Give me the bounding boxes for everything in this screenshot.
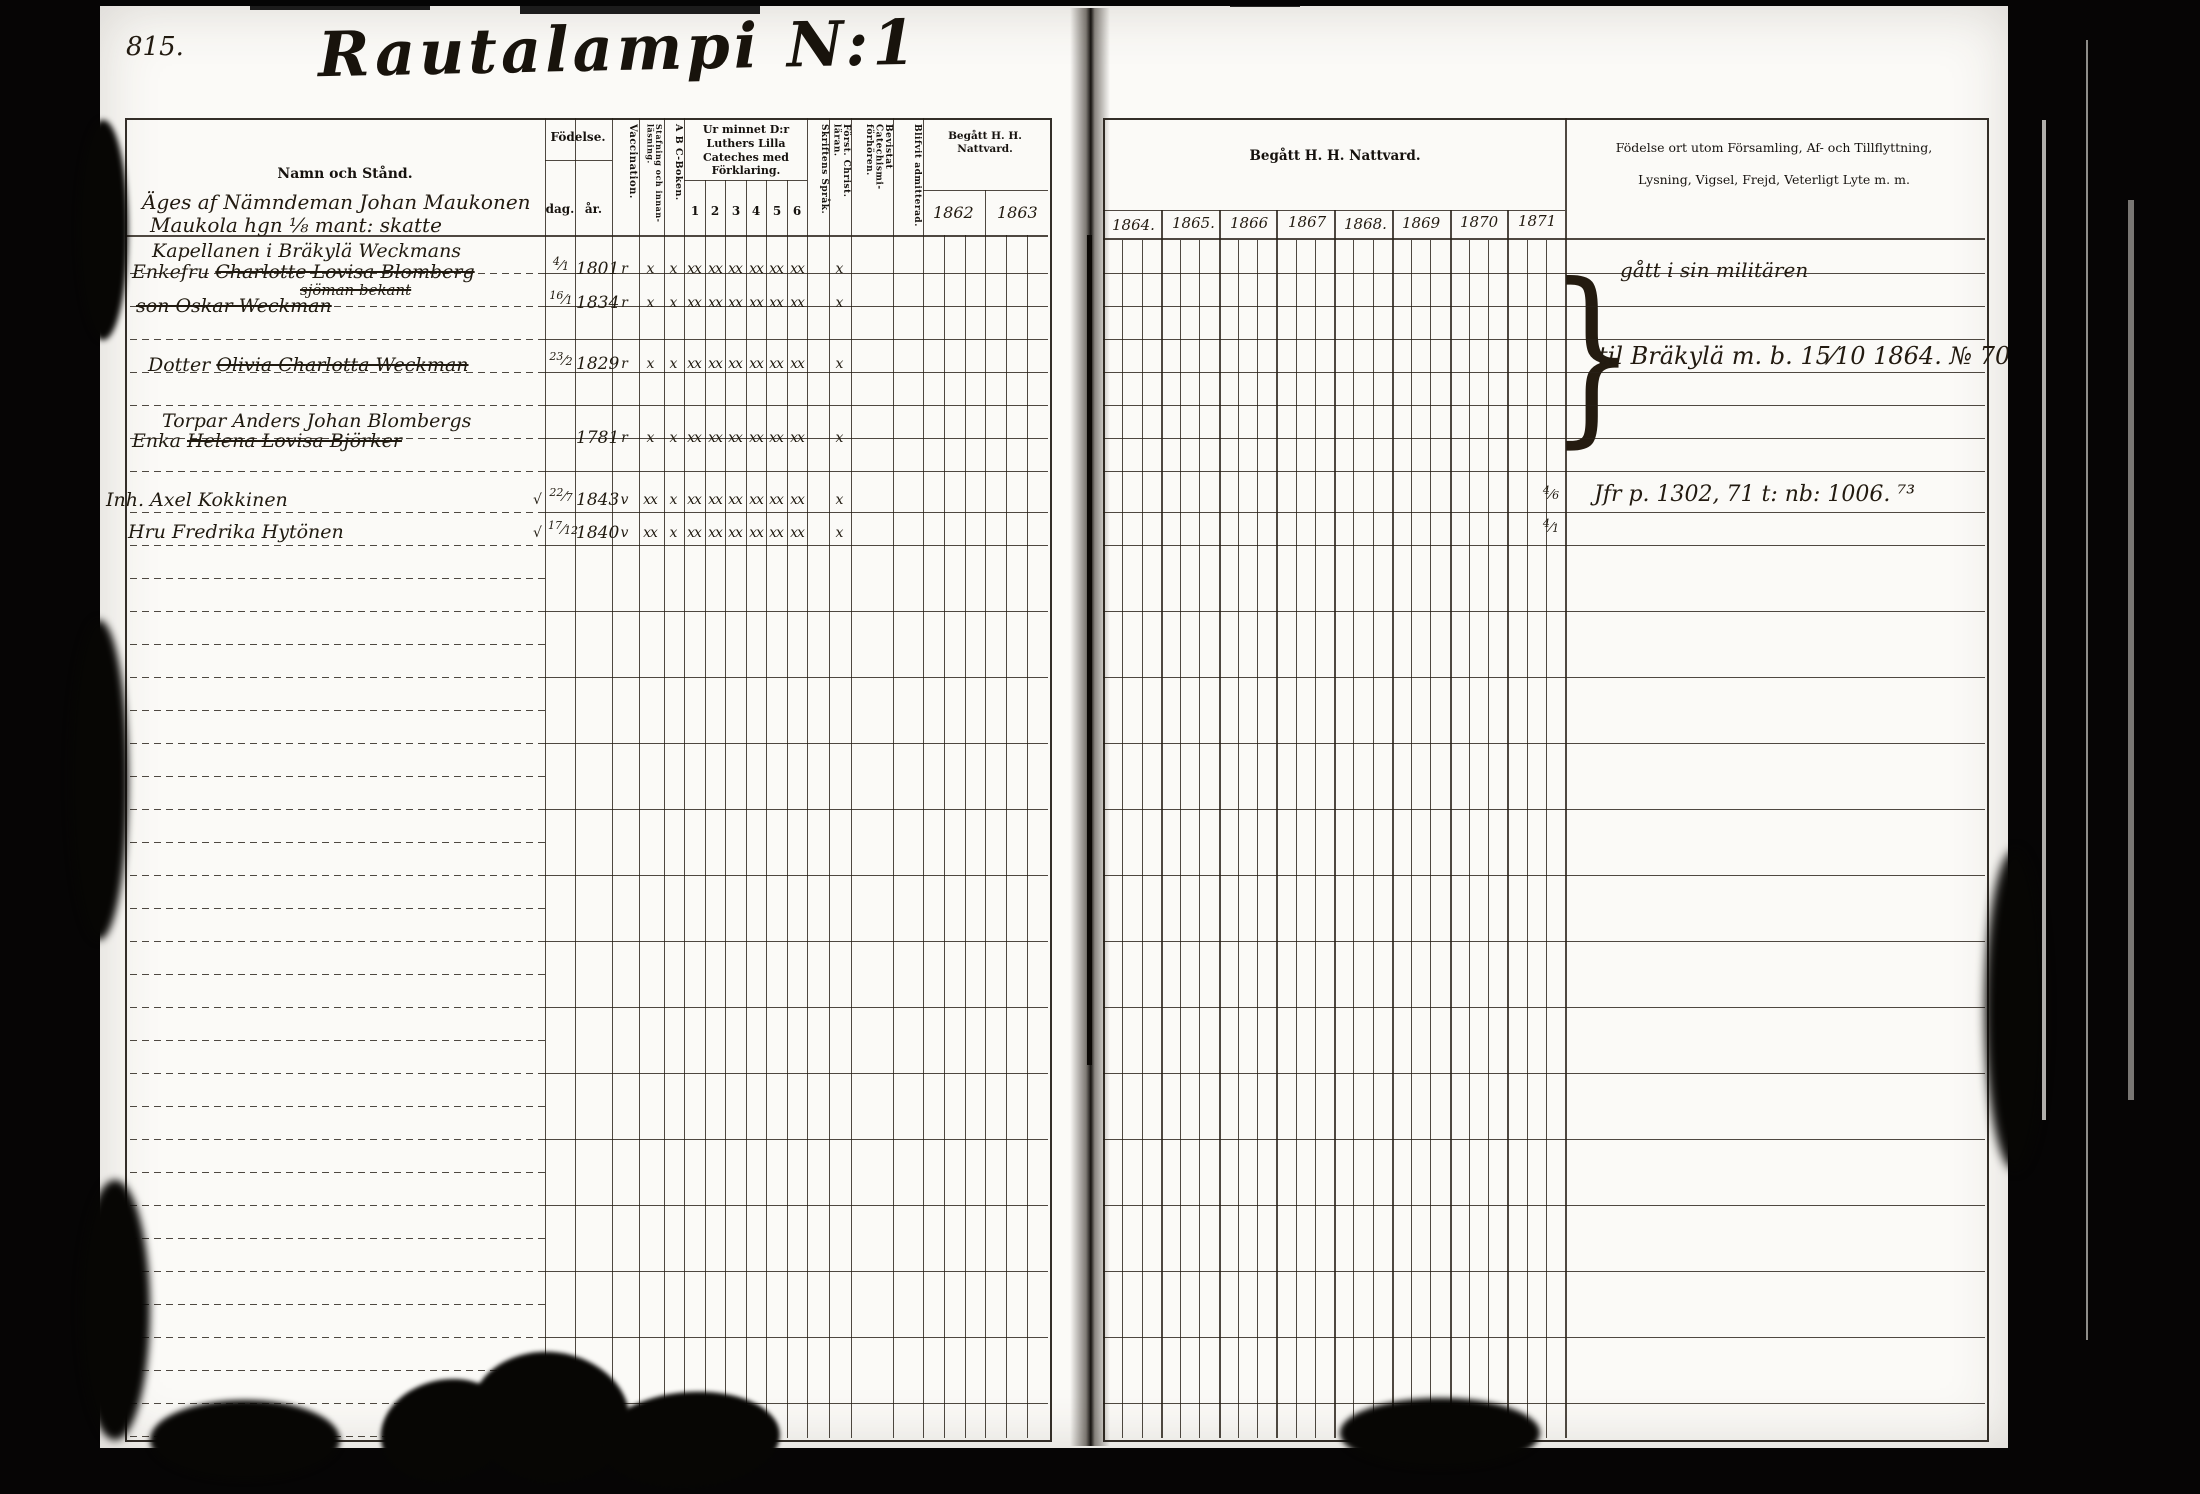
mark: xx xyxy=(725,525,745,541)
ledger-entry-name: son Oskar Weckman xyxy=(136,295,332,317)
birth-year-cell: 1840 xyxy=(576,523,612,543)
mark: xx xyxy=(787,525,807,541)
mark: xx xyxy=(684,430,704,446)
mark: x xyxy=(663,356,683,372)
birth-day-cell: 16⁄1 xyxy=(548,289,574,308)
entry-name-segment: Torpar Anders Johan Blombergs xyxy=(162,410,471,432)
mark: x xyxy=(829,261,849,277)
mark: xx xyxy=(705,430,725,446)
mark: xx xyxy=(746,525,766,541)
entry-name-segment: Kapellanen i Bräkylä Weckmans xyxy=(152,240,461,262)
mark: xx xyxy=(684,525,704,541)
birth-day-cell: 4⁄1 xyxy=(548,255,574,274)
mark: x xyxy=(663,430,683,446)
communion-1871-mark: 4⁄1 xyxy=(1537,517,1565,536)
mark: x xyxy=(640,261,660,277)
mark: r xyxy=(614,356,634,372)
ledger-entry-name: Torpar Anders Johan Blombergs xyxy=(162,410,471,432)
scan-smudge xyxy=(1985,850,2045,1170)
entry-name-segment: Dotter xyxy=(148,354,216,376)
scan-border-right xyxy=(2008,0,2200,1494)
mark: xx xyxy=(746,261,766,277)
mark: x xyxy=(829,430,849,446)
ledger-entry-name: Dotter Olivia Charlotta Weckman xyxy=(148,354,469,376)
entry-name-segment: Charlotte Lovisa Blomberg xyxy=(215,261,474,283)
page-title: Rautalampi N:1 xyxy=(317,6,920,92)
mark: xx xyxy=(766,261,786,277)
ledger-entry-name: Enka Helena Lovisa Björker xyxy=(132,430,402,452)
mark: v xyxy=(614,525,634,541)
mark: xx xyxy=(787,261,807,277)
scan-border-top xyxy=(1230,0,1300,7)
entry-name-segment: son Oskar Weckman xyxy=(136,295,332,317)
mark: xx xyxy=(766,492,786,508)
mark: xx xyxy=(766,525,786,541)
ledger-entry-name: Hru Fredrika Hytönen xyxy=(128,521,344,543)
mark: xx xyxy=(746,356,766,372)
ledger-entry-name: Enkefru Charlotte Lovisa Blomberg xyxy=(132,261,475,283)
birth-year-cell: 1801 xyxy=(576,259,612,279)
mark: xx xyxy=(705,525,725,541)
mark: xx xyxy=(684,261,704,277)
mark: xx xyxy=(705,261,725,277)
mark: x xyxy=(829,356,849,372)
ink-blot xyxy=(1340,1398,1540,1468)
birth-day-cell: 23⁄2 xyxy=(548,350,574,369)
entry-name-segment: Inh. Axel Kokkinen xyxy=(106,489,288,511)
scan-border-top xyxy=(250,0,430,10)
mark: x xyxy=(829,525,849,541)
mark: xx xyxy=(787,356,807,372)
mark: xx xyxy=(640,492,660,508)
mark: xx xyxy=(746,430,766,446)
entry-name-segment: Hru Fredrika Hytönen xyxy=(128,521,344,543)
scan-smudge xyxy=(80,1180,150,1440)
mark: xx xyxy=(787,492,807,508)
entry-name-segment: Helena Lovisa Björker xyxy=(187,430,402,452)
scan-smudge xyxy=(78,120,128,340)
birth-year-cell: 1843 xyxy=(576,490,612,510)
mark: x xyxy=(663,295,683,311)
mark: xx xyxy=(746,295,766,311)
mark: xx xyxy=(787,295,807,311)
mark: r xyxy=(614,430,634,446)
mark: xx xyxy=(640,525,660,541)
mark: xx xyxy=(766,295,786,311)
mark: xx xyxy=(725,261,745,277)
mark: v xyxy=(614,492,634,508)
mark: xx xyxy=(766,356,786,372)
scan-streak xyxy=(2086,40,2088,1340)
mark: r xyxy=(614,295,634,311)
mark: x xyxy=(663,492,683,508)
birth-day-cell: 22⁄7 xyxy=(548,486,574,505)
mark: xx xyxy=(684,295,704,311)
mark: x xyxy=(640,430,660,446)
entry-name-segment: Olivia Charlotta Weckman xyxy=(216,354,468,376)
mark: x xyxy=(829,295,849,311)
mark: x xyxy=(663,261,683,277)
mark: xx xyxy=(705,295,725,311)
ink-blot xyxy=(150,1400,340,1480)
check-mark: √ xyxy=(533,492,542,508)
mark: r xyxy=(614,261,634,277)
birth-day-cell: 17⁄12 xyxy=(548,519,574,538)
mark: x xyxy=(829,492,849,508)
mark: xx xyxy=(725,492,745,508)
mark: xx xyxy=(766,430,786,446)
mark: xx xyxy=(684,356,704,372)
scan-streak xyxy=(2042,120,2046,1120)
scan-smudge xyxy=(70,620,128,940)
book-gutter-line xyxy=(1087,235,1092,1065)
scanned-ledger-spread: 815. Rautalampi N:1 Namn och Stånd. Äges… xyxy=(0,0,2200,1494)
page-number: 815. xyxy=(126,32,184,62)
entry-name-segment: Enkefru xyxy=(132,261,215,283)
birth-year-cell: 1829 xyxy=(576,354,612,374)
birth-year-cell: 1781 xyxy=(576,428,612,448)
ledger-entry-name: Kapellanen i Bräkylä Weckmans xyxy=(152,240,461,262)
entry-name-segment: Enka xyxy=(132,430,187,452)
scan-border-top xyxy=(520,0,760,14)
communion-1871-mark: 4⁄6 xyxy=(1537,484,1565,503)
birth-year-cell: 1834 xyxy=(576,293,612,313)
mark: x xyxy=(663,525,683,541)
mark: xx xyxy=(705,492,725,508)
mark: xx xyxy=(725,295,745,311)
ledger-entry-name: Inh. Axel Kokkinen xyxy=(106,489,288,511)
mark: xx xyxy=(705,356,725,372)
check-mark: √ xyxy=(533,525,542,541)
mark: x xyxy=(640,356,660,372)
mark: xx xyxy=(725,430,745,446)
mark: x xyxy=(640,295,660,311)
mark: xx xyxy=(787,430,807,446)
mark: xx xyxy=(725,356,745,372)
mark: xx xyxy=(746,492,766,508)
mark: xx xyxy=(684,492,704,508)
scan-streak xyxy=(2128,200,2134,1100)
